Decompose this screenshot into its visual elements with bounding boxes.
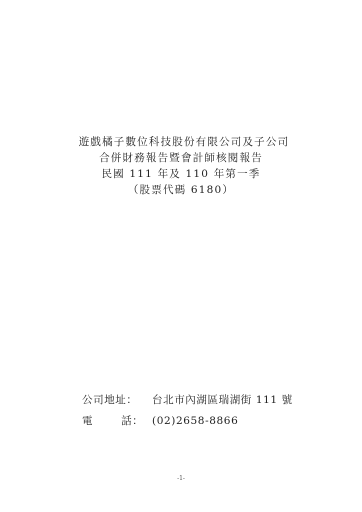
phone-label-char2: 話：: [121, 415, 143, 427]
stock-code: （股票代碼 6180）: [0, 182, 362, 198]
phone-line: 電話：(02)2658-8866: [82, 411, 342, 432]
page-number: -1-: [0, 475, 362, 482]
document-page: 遊戲橘子數位科技股份有限公司及子公司 合併財務報告暨會計師核閱報告 民國 111…: [0, 0, 362, 512]
phone-label-char1: 電: [82, 415, 93, 427]
report-title: 合併財務報告暨會計師核閱報告: [0, 150, 362, 166]
address-line: 公司地址：台北市內湖區瑞湖街 111 號: [82, 390, 342, 411]
contact-info: 公司地址：台北市內湖區瑞湖街 111 號 電話：(02)2658-8866: [82, 390, 342, 432]
phone-value: (02)2658-8866: [152, 415, 238, 427]
phone-label: 電話：: [82, 411, 152, 432]
cover-title-block: 遊戲橘子數位科技股份有限公司及子公司 合併財務報告暨會計師核閱報告 民國 111…: [0, 134, 362, 198]
address-value: 台北市內湖區瑞湖街 111 號: [152, 394, 293, 406]
report-period: 民國 111 年及 110 年第一季: [0, 166, 362, 182]
company-name: 遊戲橘子數位科技股份有限公司及子公司: [6, 134, 362, 150]
address-label: 公司地址：: [82, 390, 152, 411]
